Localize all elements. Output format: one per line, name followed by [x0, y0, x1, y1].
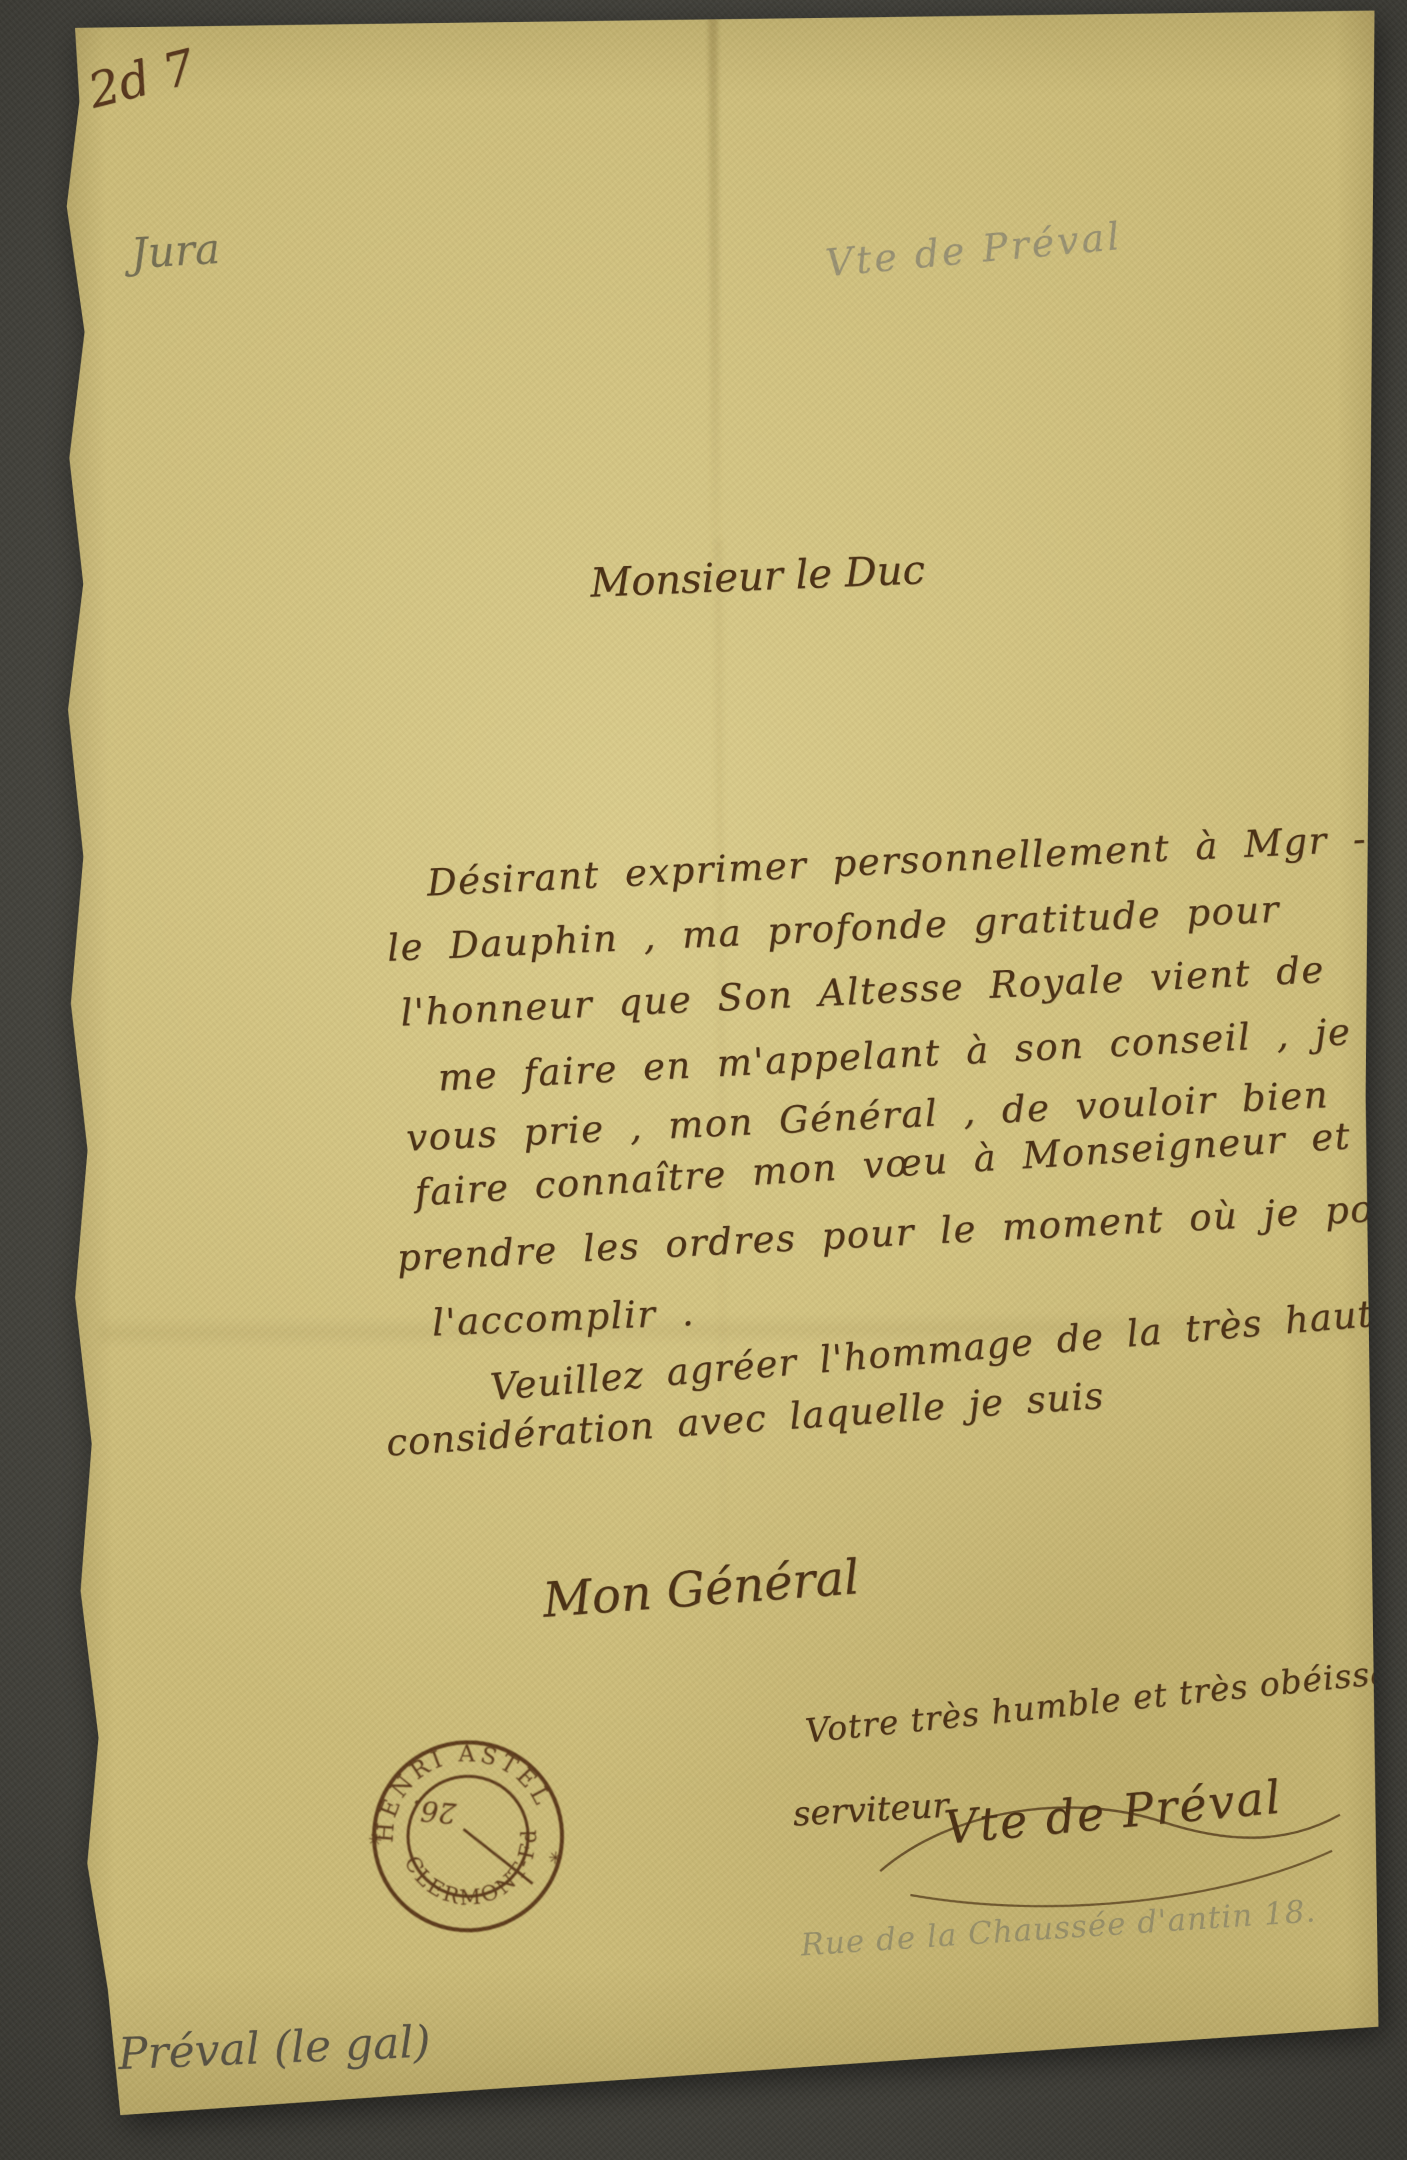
collector-stamp: HENRI ASTEL CLERMONT-Fd ✳ ✳ 26.: [349, 1717, 587, 1955]
letter-salutation: Monsieur le Duc: [589, 547, 925, 606]
pencil-note-jura: Jura: [130, 224, 222, 278]
letter-address-line: Mon Général: [541, 1549, 862, 1629]
pencil-note-attribution: Vte de Préval: [824, 214, 1124, 285]
letter-signature: Vte de Préval: [942, 1770, 1285, 1855]
ink-corner-mark: 2d 7: [83, 39, 201, 120]
stamp-bottom-text: CLERMONT-Fd: [397, 1822, 555, 1924]
letter-valediction-line: Votre très humble et très obéissant: [803, 1648, 1407, 1750]
stamp-center-note: 26.: [410, 1793, 458, 1830]
stamp-star-left-icon: ✳: [365, 1831, 387, 1848]
letter-paper: 2d 7 Jura Vte de Préval Monsieur le Duc …: [53, 11, 1386, 2116]
letter-paper-wrapper: 2d 7 Jura Vte de Préval Monsieur le Duc …: [53, 11, 1386, 2116]
letter-valediction-line: serviteur: [792, 1786, 950, 1835]
pencil-note-address: Rue de la Chaussée d'antin 18.: [800, 1893, 1318, 1963]
letter-body-line: l'accomplir .: [431, 1291, 695, 1345]
paper-crease-vertical: [708, 14, 720, 580]
pencil-note-archivist: Préval (le gal): [117, 2017, 432, 2081]
photo-background: 2d 7 Jura Vte de Préval Monsieur le Duc …: [0, 0, 1407, 2160]
svg-text:CLERMONT-Fd: CLERMONT-Fd: [397, 1822, 555, 1924]
